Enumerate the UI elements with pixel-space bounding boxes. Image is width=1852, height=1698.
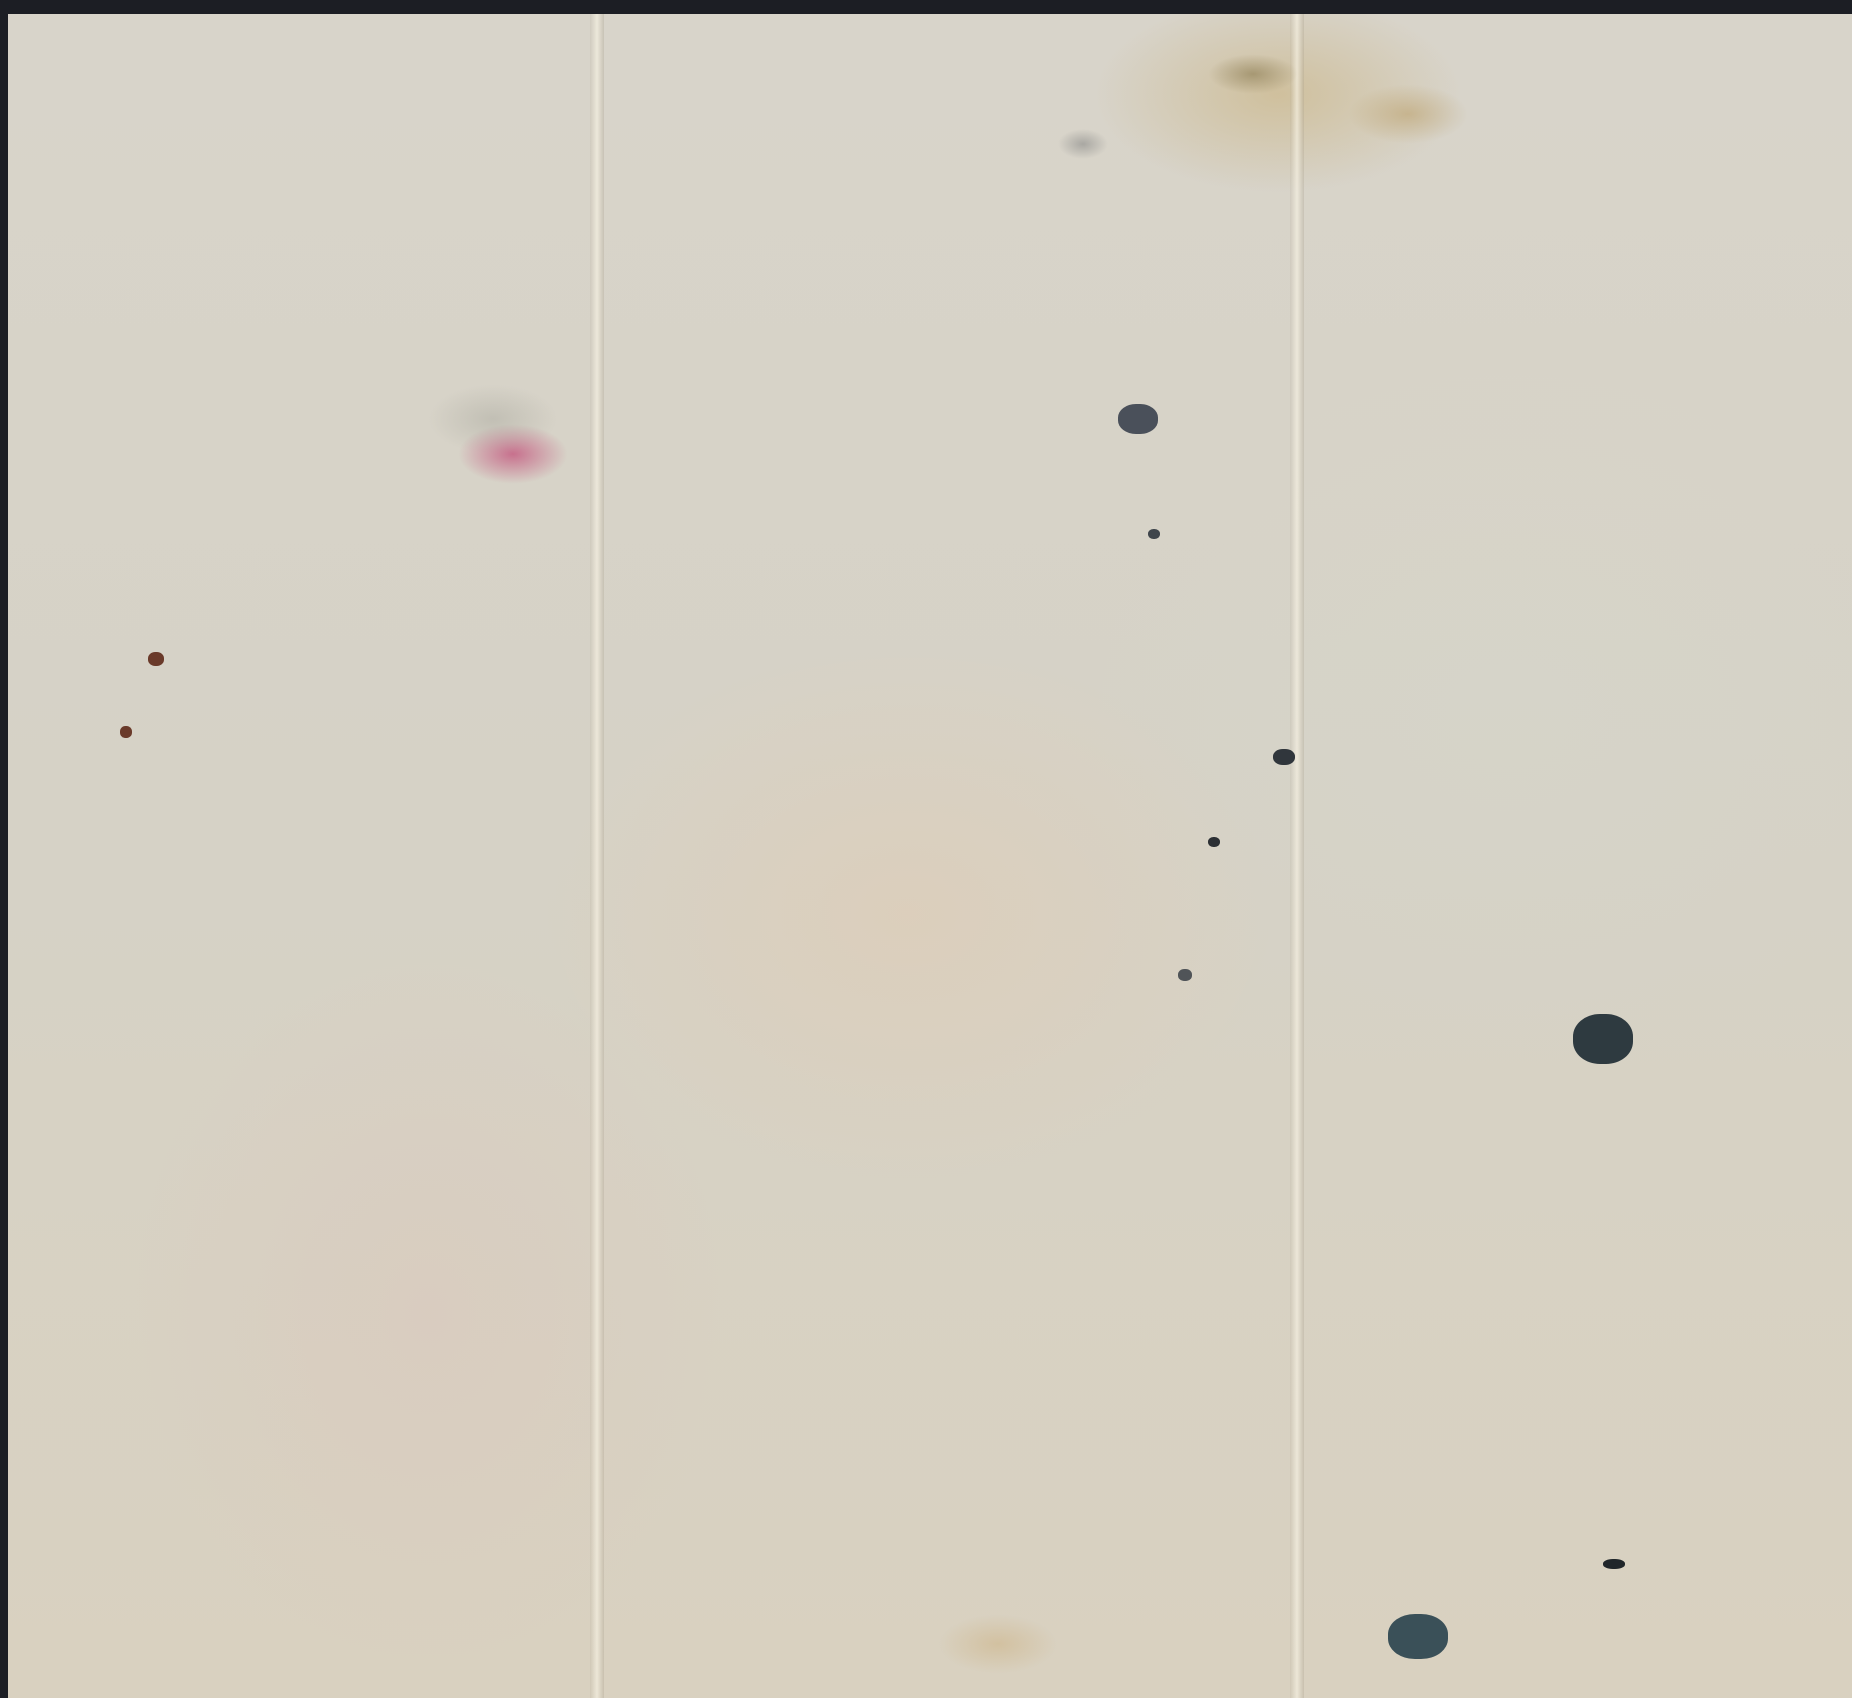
ink-speck <box>1178 969 1192 981</box>
ink-speck <box>1148 529 1160 539</box>
stain <box>1348 84 1468 144</box>
stain <box>938 1614 1058 1674</box>
aged-paper <box>8 14 1852 1698</box>
ink-speck <box>1208 837 1220 847</box>
ink-speck <box>1603 1559 1625 1569</box>
ink-speck <box>1388 1614 1448 1659</box>
stain <box>428 384 558 454</box>
ink-speck <box>1118 404 1158 434</box>
fold-line-right <box>1290 14 1304 1698</box>
ink-speck <box>1273 749 1295 765</box>
ink-speck <box>120 726 132 738</box>
stain <box>1058 129 1108 159</box>
ink-speck <box>148 652 164 666</box>
ink-speck <box>1573 1014 1633 1064</box>
fold-line-left <box>590 14 604 1698</box>
stain <box>1208 54 1298 94</box>
